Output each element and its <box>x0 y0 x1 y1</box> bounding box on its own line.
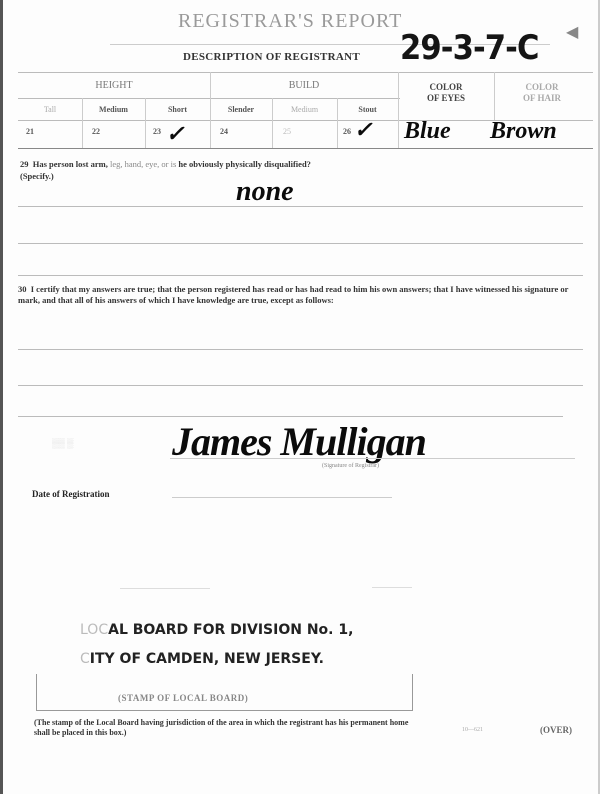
form-code: 10—621 <box>462 727 483 733</box>
table-bottom-line <box>18 148 593 149</box>
build-slender-label: Slender <box>210 105 272 114</box>
table-header-line <box>18 98 400 99</box>
height-tall-label: Tall <box>18 105 82 114</box>
eye-color-header: COLOR OF EYES <box>398 82 494 104</box>
signature-caption: (Signature of Registrar) <box>322 463 379 469</box>
answer-line <box>18 275 583 276</box>
height-header: HEIGHT <box>18 80 210 91</box>
question-29-answer: none <box>236 176 294 208</box>
field-number-22: 22 <box>92 127 100 136</box>
serial-number: 29-3-7-C <box>400 28 539 68</box>
eye-color-value: Blue <box>404 118 451 145</box>
form-subtitle: DESCRIPTION OF REGISTRANT <box>183 51 360 63</box>
answer-line <box>18 416 563 417</box>
answer-line <box>18 349 583 350</box>
build-stout-label: Stout <box>337 105 398 114</box>
date-of-registration-line <box>172 497 392 498</box>
question-30: 30 I certify that my answers are true; t… <box>18 284 574 306</box>
build-header: BUILD <box>210 80 398 91</box>
hair-color-header: COLOR OF HAIR <box>494 82 590 104</box>
field-number-25: 25 <box>283 127 291 136</box>
date-of-registration-label: Date of Registration <box>32 489 109 499</box>
build-stout-check-mark: ✓ <box>354 117 372 143</box>
height-medium-label: Medium <box>82 105 145 114</box>
answer-line <box>18 243 583 244</box>
faint-stamp-mark: ▒▒ ▒ <box>52 438 73 448</box>
signature-line <box>170 458 575 459</box>
answer-line <box>18 385 583 386</box>
build-medium-label: Medium <box>272 105 337 114</box>
field-number-23: 23 <box>153 127 161 136</box>
hair-color-value: Brown <box>490 118 557 145</box>
over-label: (OVER) <box>540 725 572 735</box>
field-number-21: 21 <box>26 127 34 136</box>
height-short-check-mark: ✓ <box>166 121 184 147</box>
scan-left-edge <box>0 0 3 794</box>
question-29: 29 Has person lost arm, leg, hand, eye, … <box>20 158 580 182</box>
local-board-line-2: CITY OF CAMDEN, NEW JERSEY. <box>80 651 324 667</box>
form-title: REGISTRAR'S REPORT <box>178 10 402 33</box>
field-number-26: 26 <box>343 127 351 136</box>
answer-line <box>18 206 583 207</box>
field-number-24: 24 <box>220 127 228 136</box>
stamp-note: (The stamp of the Local Board having jur… <box>34 718 414 738</box>
faint-line <box>120 588 210 589</box>
corner-arrow-icon: ◀ <box>566 22 588 40</box>
faint-line <box>372 587 412 588</box>
local-board-line-1: LOCAL BOARD FOR DIVISION No. 1, <box>80 622 353 638</box>
stamp-label: (STAMP OF LOCAL BOARD) <box>118 693 248 703</box>
table-top-line <box>18 72 593 73</box>
height-short-label: Short <box>145 105 210 114</box>
